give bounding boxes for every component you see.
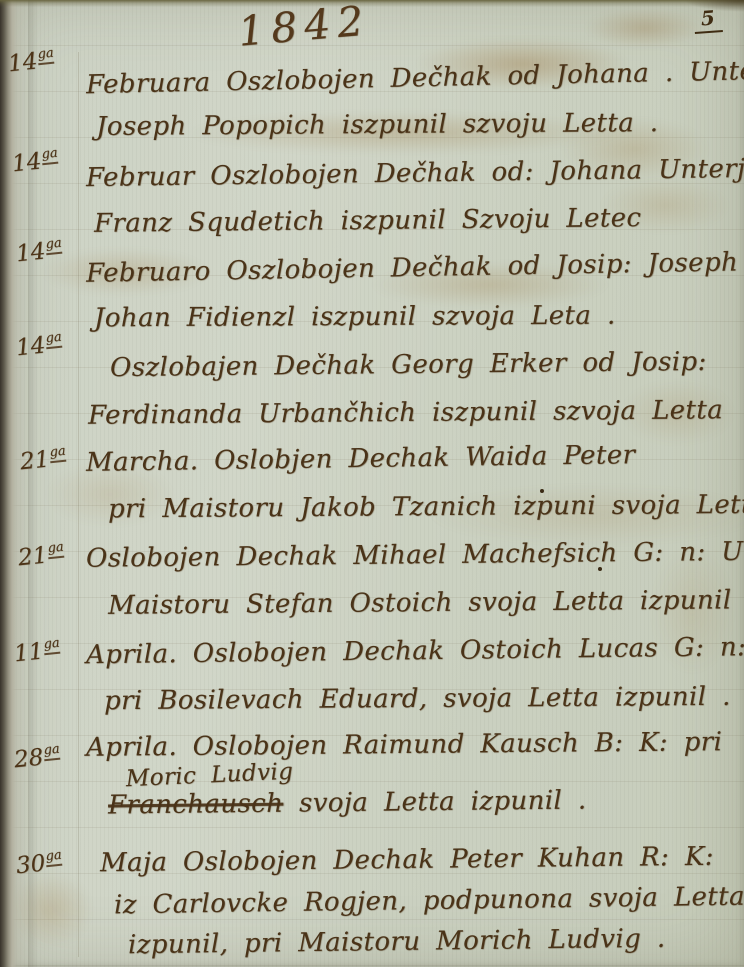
text-segment: Februara Oszlobojen Dečhak od Johana . U… xyxy=(86,54,744,100)
entry-margin-date: 14ga xyxy=(7,46,56,78)
text-segment: izpunil, pri Maistoru Morich Ludvig . xyxy=(128,924,666,961)
margin-day: 21 xyxy=(17,542,49,571)
scan-top-edge xyxy=(0,0,744,7)
entry-line: Marcha. Oslobjen Dechak Waida Peter xyxy=(86,440,636,478)
entry-line: Februaro Oszlobojen Dečhak od Josip: Jos… xyxy=(86,245,744,289)
page-number: 5 xyxy=(693,5,723,34)
entry-line: Oszlobajen Dečhak Georg Erker od Josip: xyxy=(110,347,707,383)
text-segment: Oslobojen Dechak Mihael Machefsich G: n:… xyxy=(86,536,744,574)
entry-line: Aprila. Oslobojen Dechak Ostoich Lucas G… xyxy=(86,632,744,671)
text-segment: Oszlobajen Dečhak Georg Erker od Josip: xyxy=(110,347,707,383)
margin-day-suffix: ga xyxy=(43,742,61,762)
entry-margin-date: 30ga xyxy=(15,848,64,880)
text-segment: Maja Oslobojen Dechak Peter Kuhan R: K: xyxy=(100,842,714,878)
text-segment: iz Carlovcke Rogjen, podpunona svoja Let… xyxy=(114,882,744,921)
entry-line: Johan Fidienzl iszpunil szvoja Leta . xyxy=(94,301,616,334)
entry-line: pri Maistoru Jakob Tzanich izpuni svoja … xyxy=(108,490,744,525)
margin-day: 28 xyxy=(13,744,45,773)
entry-margin-date: 28ga xyxy=(13,742,62,774)
interline-correction: Moric Ludvig xyxy=(125,759,294,793)
entry-line: Moric LudvigFranchausch svoja Letta izpu… xyxy=(108,785,587,820)
entry-line: iz Carlovcke Rogjen, podpunona svoja Let… xyxy=(114,882,744,921)
margin-day: 21 xyxy=(19,446,51,475)
entry-line: pri Bosilevach Eduard, svoja Letta izpun… xyxy=(104,682,731,716)
entry-line: Franz Squdetich iszpunil Szvoju Letec xyxy=(94,203,642,239)
text-segment: svoja Letta izpunil . xyxy=(283,785,587,818)
margin-day: 14 xyxy=(7,48,39,77)
entry-line: Oslobojen Dechak Mihael Machefsich G: n:… xyxy=(86,536,744,574)
text-segment: Ferdinanda Urbančhich iszpunil szvoja Le… xyxy=(88,395,723,431)
text-segment: pri Maistoru Jakob Tzanich izpuni svoja … xyxy=(108,490,744,525)
page-crease xyxy=(28,0,38,967)
entry-margin-date: 14ga xyxy=(15,330,64,362)
margin-day-suffix: ga xyxy=(45,330,63,350)
margin-day-suffix: ga xyxy=(45,236,63,256)
text-segment: Franz Squdetich iszpunil Szvoju Letec xyxy=(94,203,642,239)
margin-rule-line xyxy=(78,52,79,957)
margin-day: 14 xyxy=(15,238,47,267)
text-segment: Johan Fidienzl iszpunil szvoja Leta . xyxy=(94,301,616,334)
entry-line: Ferdinanda Urbančhich iszpunil szvoja Le… xyxy=(88,395,723,431)
text-segment: pri Bosilevach Eduard, svoja Letta izpun… xyxy=(104,682,731,716)
margin-day-suffix: ga xyxy=(49,444,67,464)
book-binding-edge xyxy=(0,0,30,967)
margin-day-suffix: ga xyxy=(45,848,63,868)
entry-margin-date: 11ga xyxy=(13,636,62,668)
year-heading: 1842 xyxy=(236,0,372,56)
margin-day-suffix: ga xyxy=(37,46,55,66)
margin-day-suffix: ga xyxy=(47,540,65,560)
entry-line: Maistoru Stefan Ostoich svoja Letta izpu… xyxy=(108,585,744,621)
margin-day: 30 xyxy=(15,850,47,879)
text-segment: Februaro Oszlobojen Dečhak od Josip: Jos… xyxy=(86,245,744,289)
corrected-text: Moric LudvigFranchausch xyxy=(108,789,284,821)
entry-margin-date: 21ga xyxy=(17,540,66,572)
entry-margin-date: 14ga xyxy=(11,146,60,178)
text-segment: Aprila. Oslobojen Dechak Ostoich Lucas G… xyxy=(86,632,744,671)
margin-day: 14 xyxy=(15,332,47,361)
entry-line: Maja Oslobojen Dechak Peter Kuhan R: K: xyxy=(100,842,714,878)
text-segment: Joseph Popopich iszpunil szvoju Letta . xyxy=(96,108,659,142)
text-segment: Februar Oszlobojen Dečhak od: Johana Unt… xyxy=(86,153,744,193)
entry-margin-date: 14ga xyxy=(15,236,64,268)
entry-line: Februar Oszlobojen Dečhak od: Johana Unt… xyxy=(86,153,744,193)
entry-margin-date: 21ga xyxy=(19,444,68,476)
margin-day: 14 xyxy=(11,148,43,177)
entry-line: Aprila. Oslobojen Raimund Kausch B: K: p… xyxy=(86,727,723,763)
entry-line: Joseph Popopich iszpunil szvoju Letta . xyxy=(96,108,659,142)
text-segment: Aprila. Oslobojen Raimund Kausch B: K: p… xyxy=(86,727,723,763)
entry-line: izpunil, pri Maistoru Morich Ludvig . xyxy=(128,924,666,961)
text-segment: Maistoru Stefan Ostoich svoja Letta izpu… xyxy=(108,585,744,621)
margin-day: 11 xyxy=(13,638,45,667)
manuscript-page: ~ ~~ ~ ~~ ~ ~~ 1842 5 14gaFebruara Oszlo… xyxy=(0,0,744,967)
text-segment: Marcha. Oslobjen Dechak Waida Peter xyxy=(86,440,636,478)
margin-day-suffix: ga xyxy=(41,146,59,166)
stain xyxy=(585,8,705,48)
struck-text: Franchausch xyxy=(108,789,284,821)
entry-line: Februara Oszlobojen Dečhak od Johana . U… xyxy=(86,54,744,100)
margin-day-suffix: ga xyxy=(43,636,61,656)
